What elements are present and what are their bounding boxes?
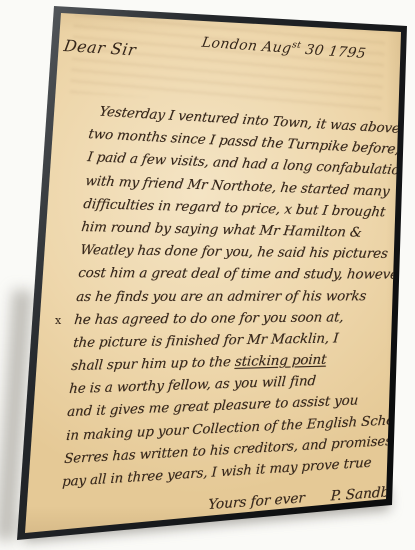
- letter-line-text: the picture is finished for Mr Macklin, …: [72, 331, 338, 351]
- letter-line-text: as he finds you are an admirer of his wo…: [75, 289, 366, 305]
- letter-line-text: shall spur him up to the: [70, 355, 235, 374]
- underlined-phrase: sticking point: [234, 353, 327, 370]
- letter-body: Yesterday I ventured into Town, it was a…: [0, 100, 415, 517]
- letter-line-text: cost him a great deal of time and study,…: [77, 266, 405, 283]
- letter-line: cost him a great deal of time and study,…: [77, 262, 415, 287]
- letter-content: London Augst 30 1795 Dear Sir x Yesterda…: [0, 0, 415, 550]
- framed-letter-photo: London Augst 30 1795 Dear Sir x Yesterda…: [0, 0, 415, 550]
- letter-line-text: him round by saying what Mr Hamilton &: [81, 220, 363, 241]
- letter-line-text: Weatley has done for you, he said his pi…: [79, 243, 388, 262]
- letter-line-text: he has agreed to do one for you soon at,: [74, 310, 345, 328]
- letter-line: as he finds you are an admirer of his wo…: [75, 285, 415, 309]
